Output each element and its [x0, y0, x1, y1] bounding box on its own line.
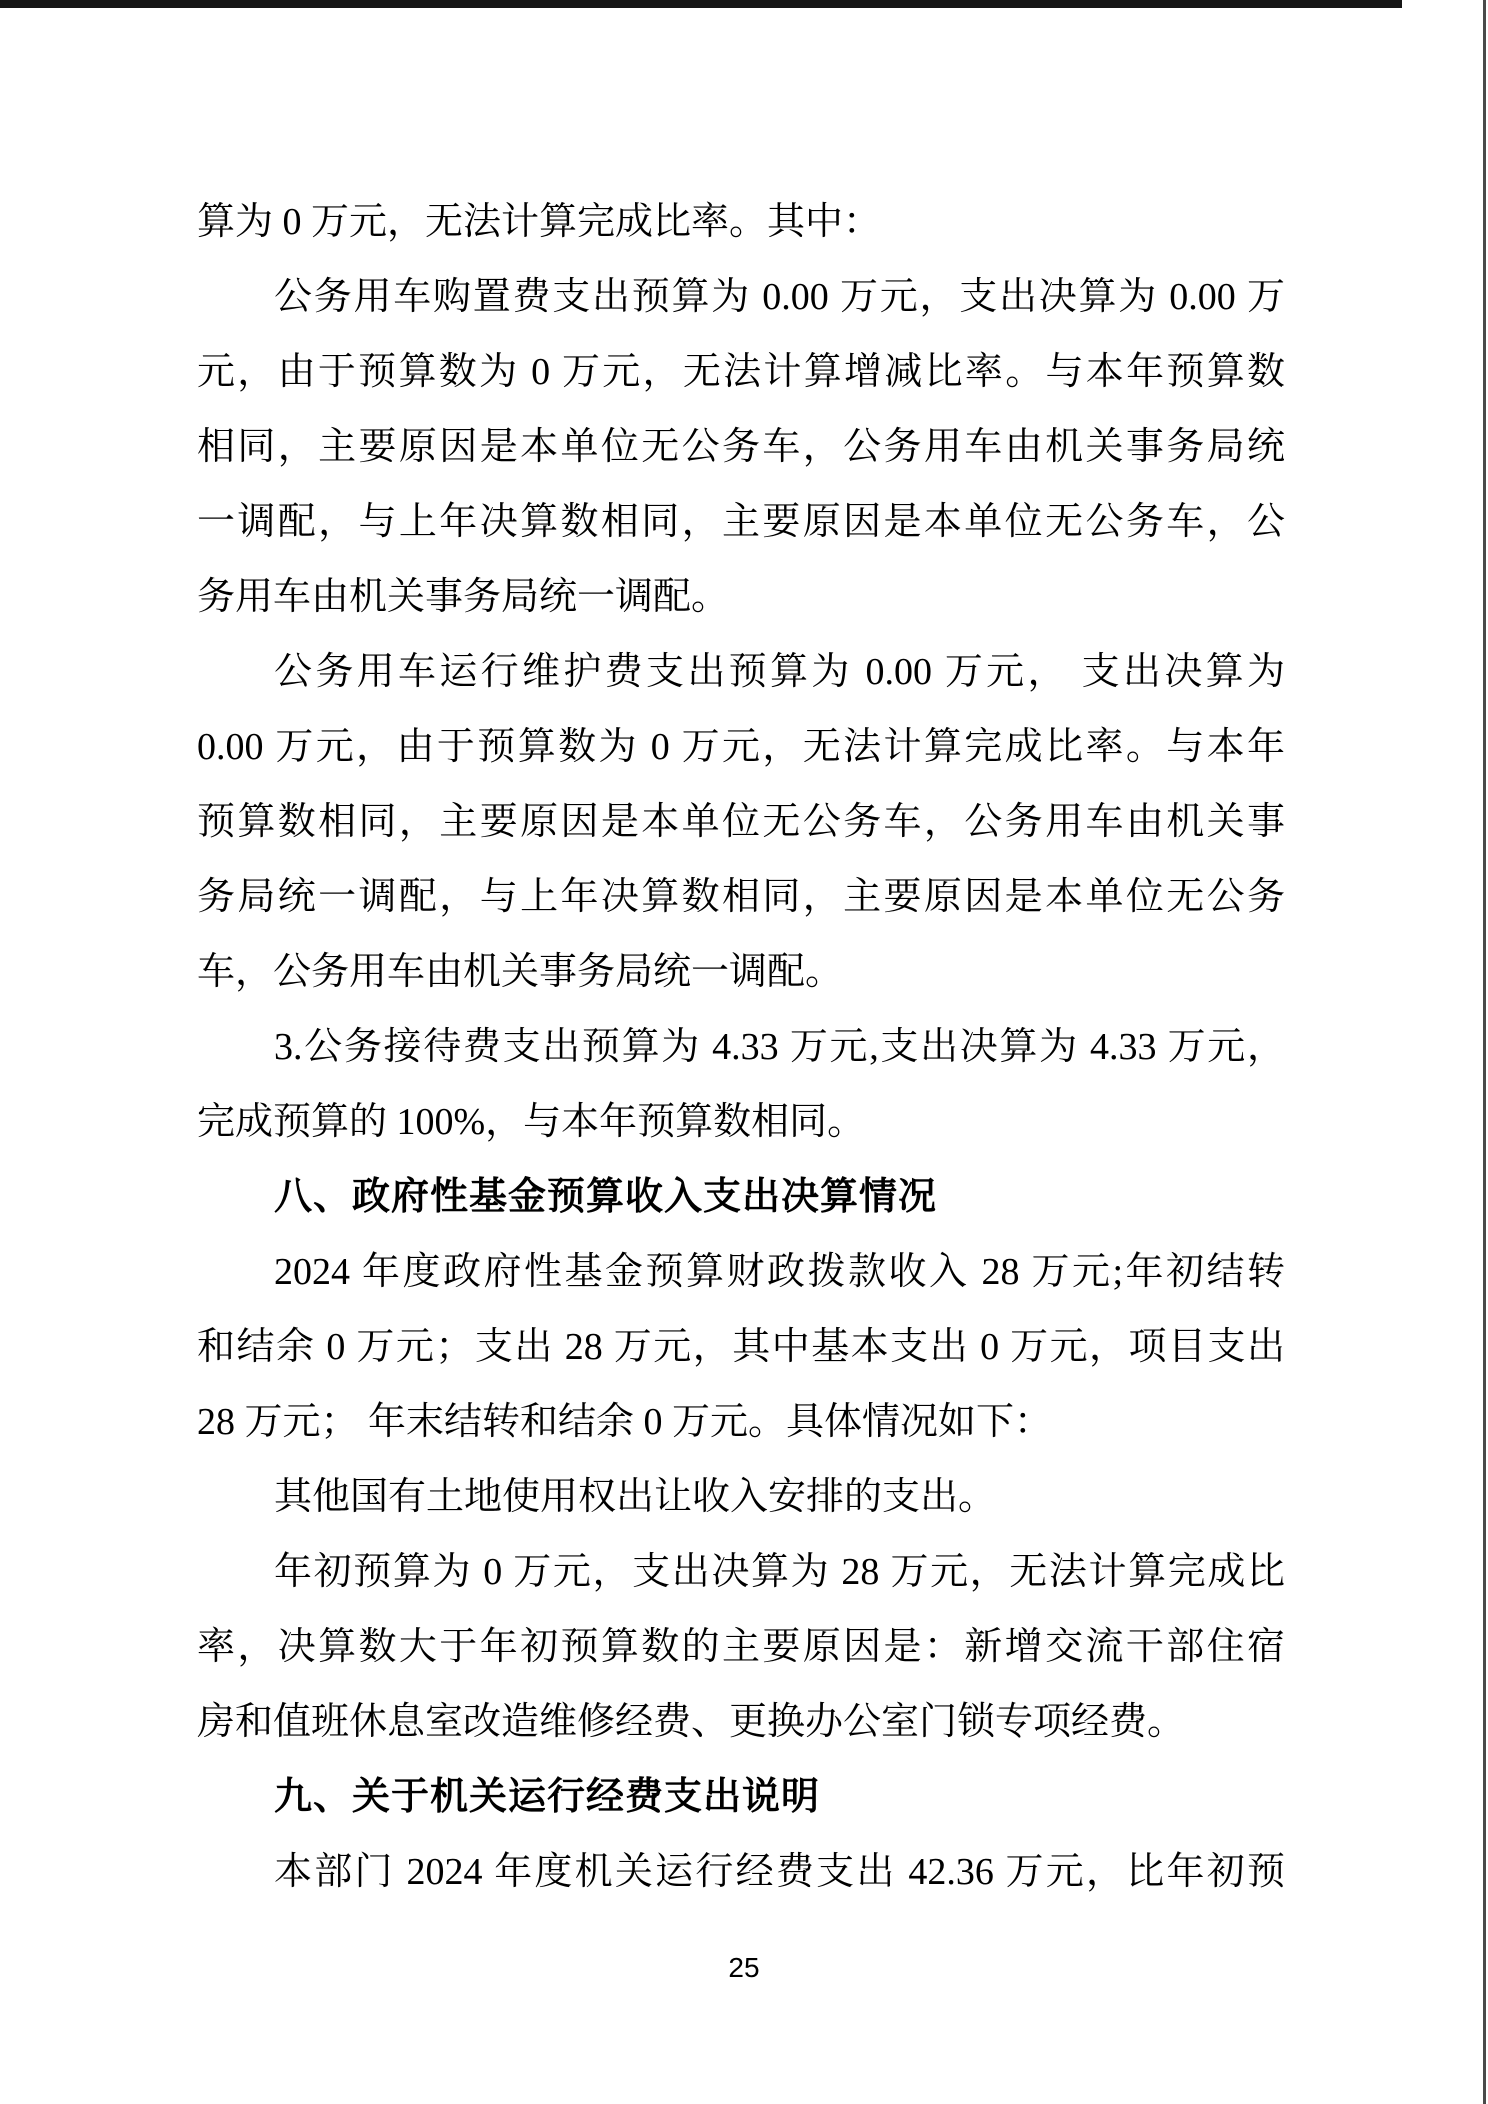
text-line: 务局统一调配，与上年决算数相同，主要原因是本单位无公务 [197, 860, 1285, 935]
text-line: 0.00 万元，由于预算数为 0 万元，无法计算完成比率。与本年 [197, 710, 1285, 785]
text-line: 率，决算数大于年初预算数的主要原因是：新增交流干部住宿 [197, 1610, 1285, 1685]
page-number: 25 [0, 1948, 1488, 1988]
text-line: 相同，主要原因是本单位无公务车，公务用车由机关事务局统 [197, 410, 1285, 485]
document-body: 算为 0 万元，无法计算完成比率。其中：公务用车购置费支出预算为 0.00 万元… [197, 185, 1285, 1910]
page-top-edge [0, 0, 1402, 8]
text-line: 28 万元； 年末结转和结余 0 万元。具体情况如下： [197, 1385, 1285, 1460]
text-line: 预算数相同，主要原因是本单位无公务车，公务用车由机关事 [197, 785, 1285, 860]
text-line: 一调配，与上年决算数相同，主要原因是本单位无公务车，公 [197, 485, 1285, 560]
text-line: 完成预算的 100%，与本年预算数相同。 [197, 1085, 1285, 1160]
section-heading: 八、政府性基金预算收入支出决算情况 [197, 1160, 1285, 1235]
text-line: 车，公务用车由机关事务局统一调配。 [197, 935, 1285, 1010]
text-line: 年初预算为 0 万元，支出决算为 28 万元，无法计算完成比 [197, 1535, 1285, 1610]
section-heading: 九、关于机关运行经费支出说明 [197, 1760, 1285, 1835]
text-line: 2024 年度政府性基金预算财政拨款收入 28 万元;年初结转 [197, 1235, 1285, 1310]
text-line: 3.公务接待费支出预算为 4.33 万元,支出决算为 4.33 万元， [197, 1010, 1285, 1085]
page-right-edge [1483, 0, 1486, 2104]
text-line: 其他国有土地使用权出让收入安排的支出。 [197, 1460, 1285, 1535]
text-line: 本部门 2024 年度机关运行经费支出 42.36 万元，比年初预 [197, 1835, 1285, 1910]
text-line: 务用车由机关事务局统一调配。 [197, 560, 1285, 635]
text-line: 公务用车购置费支出预算为 0.00 万元，支出决算为 0.00 万 [197, 260, 1285, 335]
text-line: 房和值班休息室改造维修经费、更换办公室门锁专项经费。 [197, 1685, 1285, 1760]
text-line: 元，由于预算数为 0 万元，无法计算增减比率。与本年预算数 [197, 335, 1285, 410]
document-page: 算为 0 万元，无法计算完成比率。其中：公务用车购置费支出预算为 0.00 万元… [0, 0, 1488, 2104]
text-line: 和结余 0 万元；支出 28 万元，其中基本支出 0 万元，项目支出 [197, 1310, 1285, 1385]
text-line: 公务用车运行维护费支出预算为 0.00 万元， 支出决算为 [197, 635, 1285, 710]
text-line: 算为 0 万元，无法计算完成比率。其中： [197, 185, 1285, 260]
